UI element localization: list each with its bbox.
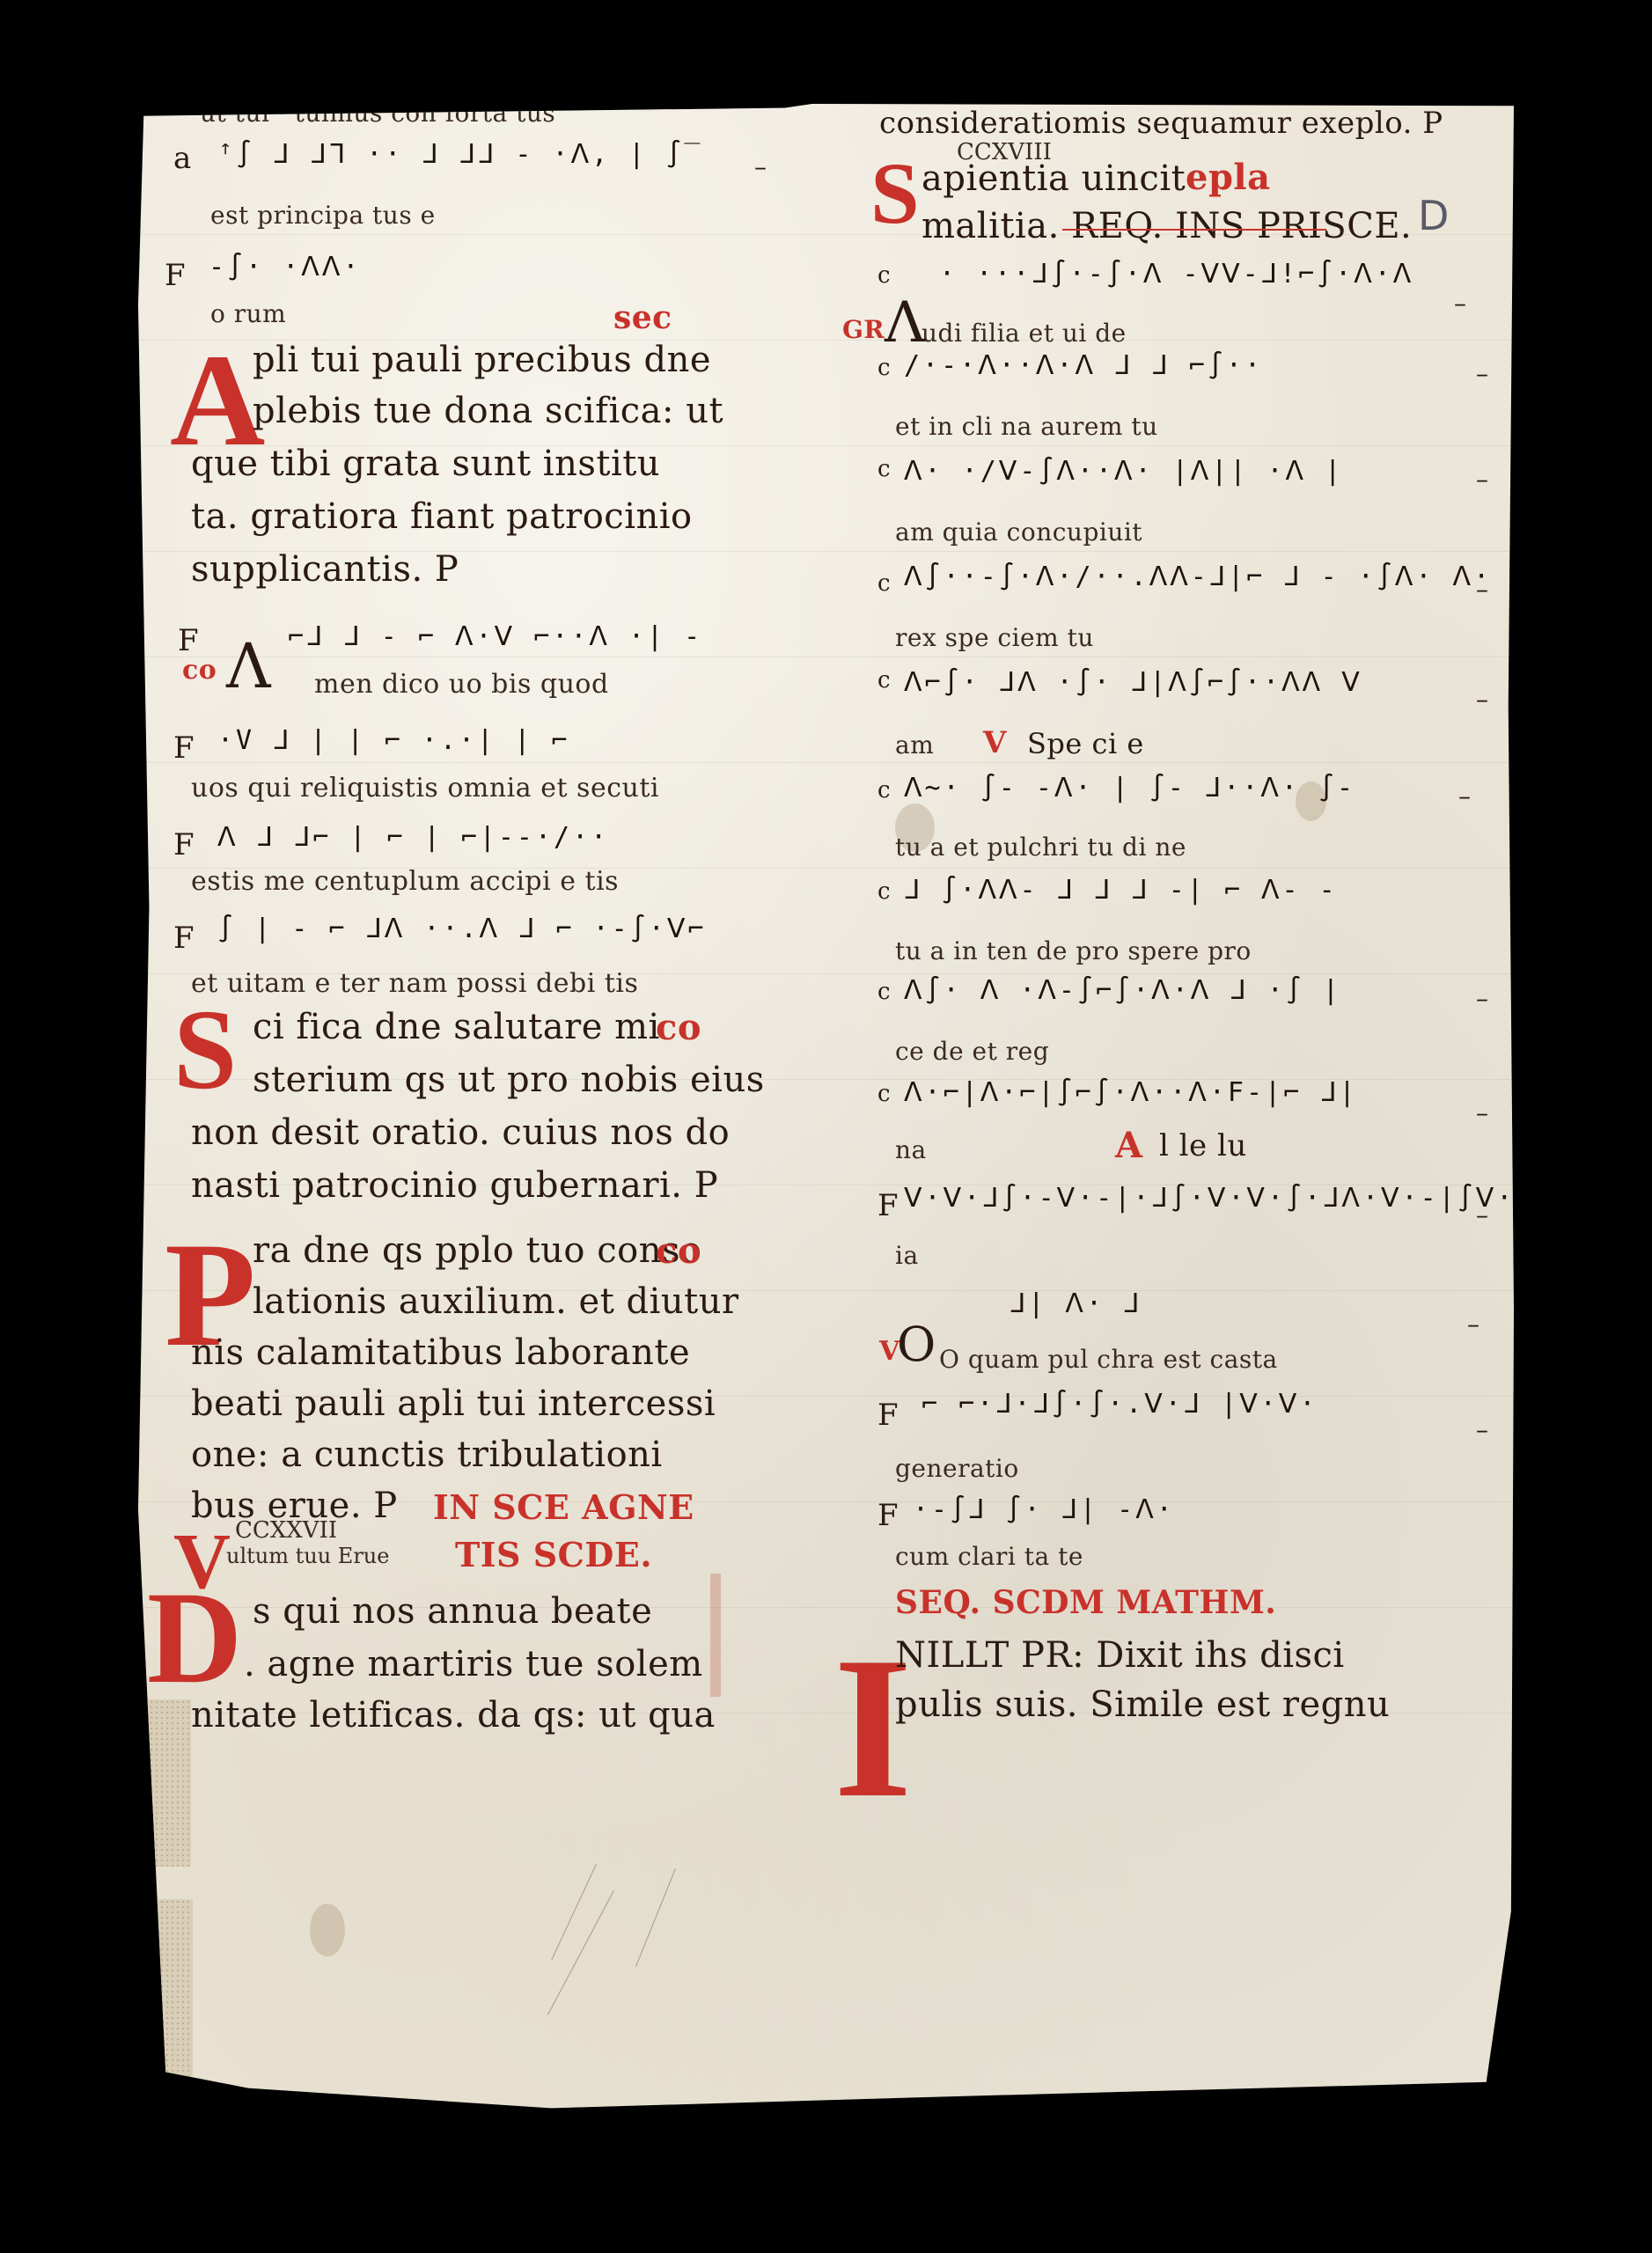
prose-line: pulis suis. Simile est regnu	[895, 1684, 1390, 1725]
prose-line: ra dne qs pplo tuo conso	[253, 1230, 702, 1271]
prose-line: ta. gratiora fiant patrocinio	[191, 496, 693, 537]
rubric-feast-title: TIS SCDE.	[455, 1535, 652, 1574]
lyrics-line: et in cli na aurem tu	[895, 412, 1158, 441]
custos: –	[754, 152, 767, 181]
rubric-strike-line	[1062, 229, 1326, 231]
clef-letter: c	[877, 355, 891, 381]
clef-letter: a	[173, 141, 191, 176]
neume-line: /·-·ᐱ··ᐱ·ᐱ ᒧ ᒧ ⌐∫··	[904, 350, 1263, 381]
lyrics-line: l le lu	[1159, 1128, 1247, 1163]
prose-line: lationis auxilium. et diutur	[253, 1281, 739, 1322]
prose-line: apientia uincit	[921, 158, 1186, 199]
lyrics-line: ce de et reg	[895, 1037, 1049, 1066]
prose-line: non desit oratio. cuius nos do	[191, 1112, 730, 1153]
initial-S: S	[173, 993, 237, 1107]
custos: –	[1476, 984, 1488, 1013]
lyrics-line: ia	[895, 1241, 919, 1270]
prose-line: ci fica dne salutare mi	[253, 1007, 660, 1047]
prose-line: . agne martiris tue solem	[244, 1644, 703, 1684]
neume-line: ᐱ ᒧ ᒧ⌐ | ⌐ | ⌐|--·/··	[217, 822, 609, 853]
prose-line: plebis tue dona scifica: ut	[253, 391, 723, 431]
initial-D: D	[147, 1572, 242, 1704]
lyrics-line: tu a in ten de pro spere pro	[895, 936, 1252, 965]
lyrics-line: udi filia et ui de	[921, 319, 1127, 348]
rubric-sec: sec	[613, 299, 672, 336]
roman-numeral: CCXXVII	[235, 1517, 337, 1544]
rubric-versicle-mark: V	[983, 725, 1007, 760]
custos: –	[1454, 289, 1466, 318]
lyrics-line: estis me centuplum accipi e tis	[191, 866, 619, 897]
clef-letter: F	[877, 1498, 899, 1533]
clef-letter: F	[877, 1398, 899, 1433]
neume-line: ⌐ᒧ ᒧ - ⌐ ᐱ·ᐯ ⌐··ᐱ ·| -	[288, 621, 702, 652]
clef-letter: c	[877, 570, 891, 597]
rubric-feast-title: IN SCE AGNE	[433, 1487, 694, 1527]
prose-line: nitate letificas. da qs: ut qua	[191, 1695, 716, 1736]
lyrics-line: uos qui reliquistis omnia et secuti	[191, 773, 659, 804]
clef-letter: c	[877, 777, 891, 804]
rubric-epla: epla	[1186, 157, 1271, 198]
custos: –	[1458, 782, 1471, 811]
custos: –	[1476, 1098, 1488, 1127]
neume-line: ᐱ· ·/ᐯ-∫ᐱ··ᐱ· |ᐱ|| ·ᐱ |	[904, 456, 1343, 487]
custos: –	[1467, 1310, 1479, 1339]
prose-line: supplicantis. P	[191, 549, 459, 590]
lyrics-line: o rum	[210, 299, 286, 328]
custos: –	[1476, 359, 1488, 388]
prose-line: nis calamitatibus laborante	[191, 1332, 690, 1373]
neume-line: ᒧ| ᐱ· ᒧ	[1010, 1288, 1142, 1319]
clef-letter: c	[877, 878, 891, 905]
lyrics-line: O quam pul chra est casta	[939, 1345, 1278, 1374]
neume-line: ꜛ∫ ᒧ ᒧᒣ ·· ᒧ ᒧᒧ - ·ᐱ, | ∫‾	[217, 139, 702, 170]
lyrics-line: est principa tus e	[210, 201, 436, 230]
lyrics-line: Spe ci e	[1027, 727, 1144, 760]
clef-letter: c	[877, 979, 891, 1005]
lyrics-line: et uitam e ter nam possi debi tis	[191, 968, 638, 999]
prose-line: nasti patrocinio gubernari. P	[191, 1165, 718, 1206]
lyrics-line: generatio	[895, 1454, 1019, 1483]
rubric-gospel-title: SEQ. SCDM MATHM.	[895, 1584, 1276, 1621]
prose-line: one: a cunctis tribulationi	[191, 1435, 663, 1475]
lyrics-line: tu a et pulchri tu di ne	[895, 833, 1186, 862]
initial-O-ink: O	[897, 1317, 936, 1372]
clef-letter: c	[877, 667, 891, 694]
lyrics-line: ut tui · tuimus con forta tus	[200, 99, 555, 128]
rubric-co: co	[656, 1230, 701, 1272]
prose-line: sterium qs ut pro nobis eius	[253, 1060, 765, 1100]
custos: –	[1476, 575, 1488, 604]
clef-letter: F	[173, 730, 195, 766]
rubric-co: co	[656, 1007, 701, 1048]
custos: –	[1476, 1415, 1488, 1444]
prose-line: malitia. REQ. INS PRISCE.	[921, 206, 1412, 246]
neume-line: ᒧ ∫·ᐱᐱ- ᒧ ᒧ ᒧ -| ⌐ ᐱ- -	[904, 875, 1338, 906]
initial-S: S	[870, 150, 920, 238]
neume-line: ·V ᒧ | | ⌐ ·.·| | ⌐	[217, 725, 569, 756]
lyrics-line: am quia concupiuit	[895, 517, 1142, 547]
manuscript-leaf: D ut tui · tuimus con forta tus a ꜛ∫ ᒧ ᒧ…	[138, 104, 1514, 2112]
prose-line: pli tui pauli precibus dne	[253, 340, 711, 380]
neume-line: ·-∫ᒧ ∫· ᒧ| -ᐱ·	[913, 1494, 1175, 1525]
clef-letter: F	[173, 827, 195, 862]
neume-line: -∫· ·ᐱᐱ·	[209, 252, 361, 283]
clef-letter: F	[178, 623, 199, 658]
lyrics-line: cum clari ta te	[895, 1542, 1083, 1571]
clef-letter: F	[877, 1188, 899, 1223]
neume-line: · ···ᒧ∫·-∫·ᐱ -ᐯᐯ-ᒧ!⌐∫·ᐱ·ᐱ	[939, 259, 1413, 290]
custos: –	[1476, 685, 1488, 714]
rubric-gr: GR	[842, 315, 885, 344]
cue-line: ultum tuu Erue	[226, 1544, 389, 1568]
custos: –	[1476, 1200, 1488, 1229]
clef-letter: c	[877, 262, 891, 289]
neume-line: ᐱ~· ∫- -ᐱ· | ∫- ᒧ··ᐱ· ∫-	[904, 773, 1355, 804]
prose-line: beati pauli apli tui intercessi	[191, 1383, 716, 1424]
clef-letter: F	[165, 258, 186, 293]
clef-letter: c	[877, 456, 891, 482]
lyrics-line: na	[895, 1135, 927, 1164]
lyrics-line: rex spe ciem tu	[895, 623, 1094, 652]
initial-A-ink: Λ	[226, 630, 271, 702]
lyrics-line: men dico uo bis quod	[314, 669, 609, 700]
neume-line: ⌐ ⌐·ᒧ·ᒧ∫·∫·.ᐯ·ᒧ |ᐯ·ᐯ·	[921, 1389, 1318, 1420]
clef-letter: c	[877, 1081, 891, 1107]
prose-line: que tibi grata sunt institu	[191, 444, 660, 484]
neume-line: ᐱ∫· ᐱ ·ᐱ-∫⌐∫·ᐱ·ᐱ ᒧ ·∫ |	[904, 975, 1341, 1006]
rubric-alleluia-initial: A	[1115, 1125, 1143, 1166]
clef-letter: F	[173, 921, 195, 956]
prose-line: consideratiomis sequamur exeplo. P	[879, 106, 1443, 141]
initial-A-ink: Λ	[885, 290, 926, 356]
neume-line: ᐱ∫··-∫·ᐱ·/··.ᐱᐱ-ᒧ|⌐ ᒧ - ·∫ᐱ· ᐱ·	[904, 561, 1492, 592]
right-column: consideratiomis sequamur exeplo. P CCXVI…	[807, 104, 1511, 2112]
custos: –	[1476, 465, 1488, 494]
neume-line: ᐱ⌐∫· ᒧᐱ ·∫· ᒧ|ᐱ∫⌐∫··ᐱᐱ ᐯ	[904, 667, 1362, 698]
prose-line: NILLT PR: Dixit ihs disci	[895, 1635, 1345, 1676]
neume-line: ᐱ·⌐|ᐱ·⌐|∫⌐∫·ᐱ··ᐱ·F-|⌐ ᒧ|	[904, 1077, 1358, 1108]
prose-line: s qui nos annua beate	[253, 1591, 652, 1632]
neume-line: ᐯ·ᐯ·ᒧ∫·-ᐯ·-|·ᒧ∫·ᐯ·ᐯ·∫·ᒧᐱ·ᐯ·-|∫ᐯ·ᐯ	[904, 1183, 1536, 1214]
rubric-co: co	[182, 655, 217, 686]
lyrics-line: am	[895, 730, 934, 760]
left-column: ut tui · tuimus con forta tus a ꜛ∫ ᒧ ᒧᒣ …	[138, 104, 807, 2112]
neume-line: ∫ | - ⌐ ᒧᐱ ··.ᐱ ᒧ ⌐ ·-∫·ᐯ⌐	[217, 914, 706, 944]
